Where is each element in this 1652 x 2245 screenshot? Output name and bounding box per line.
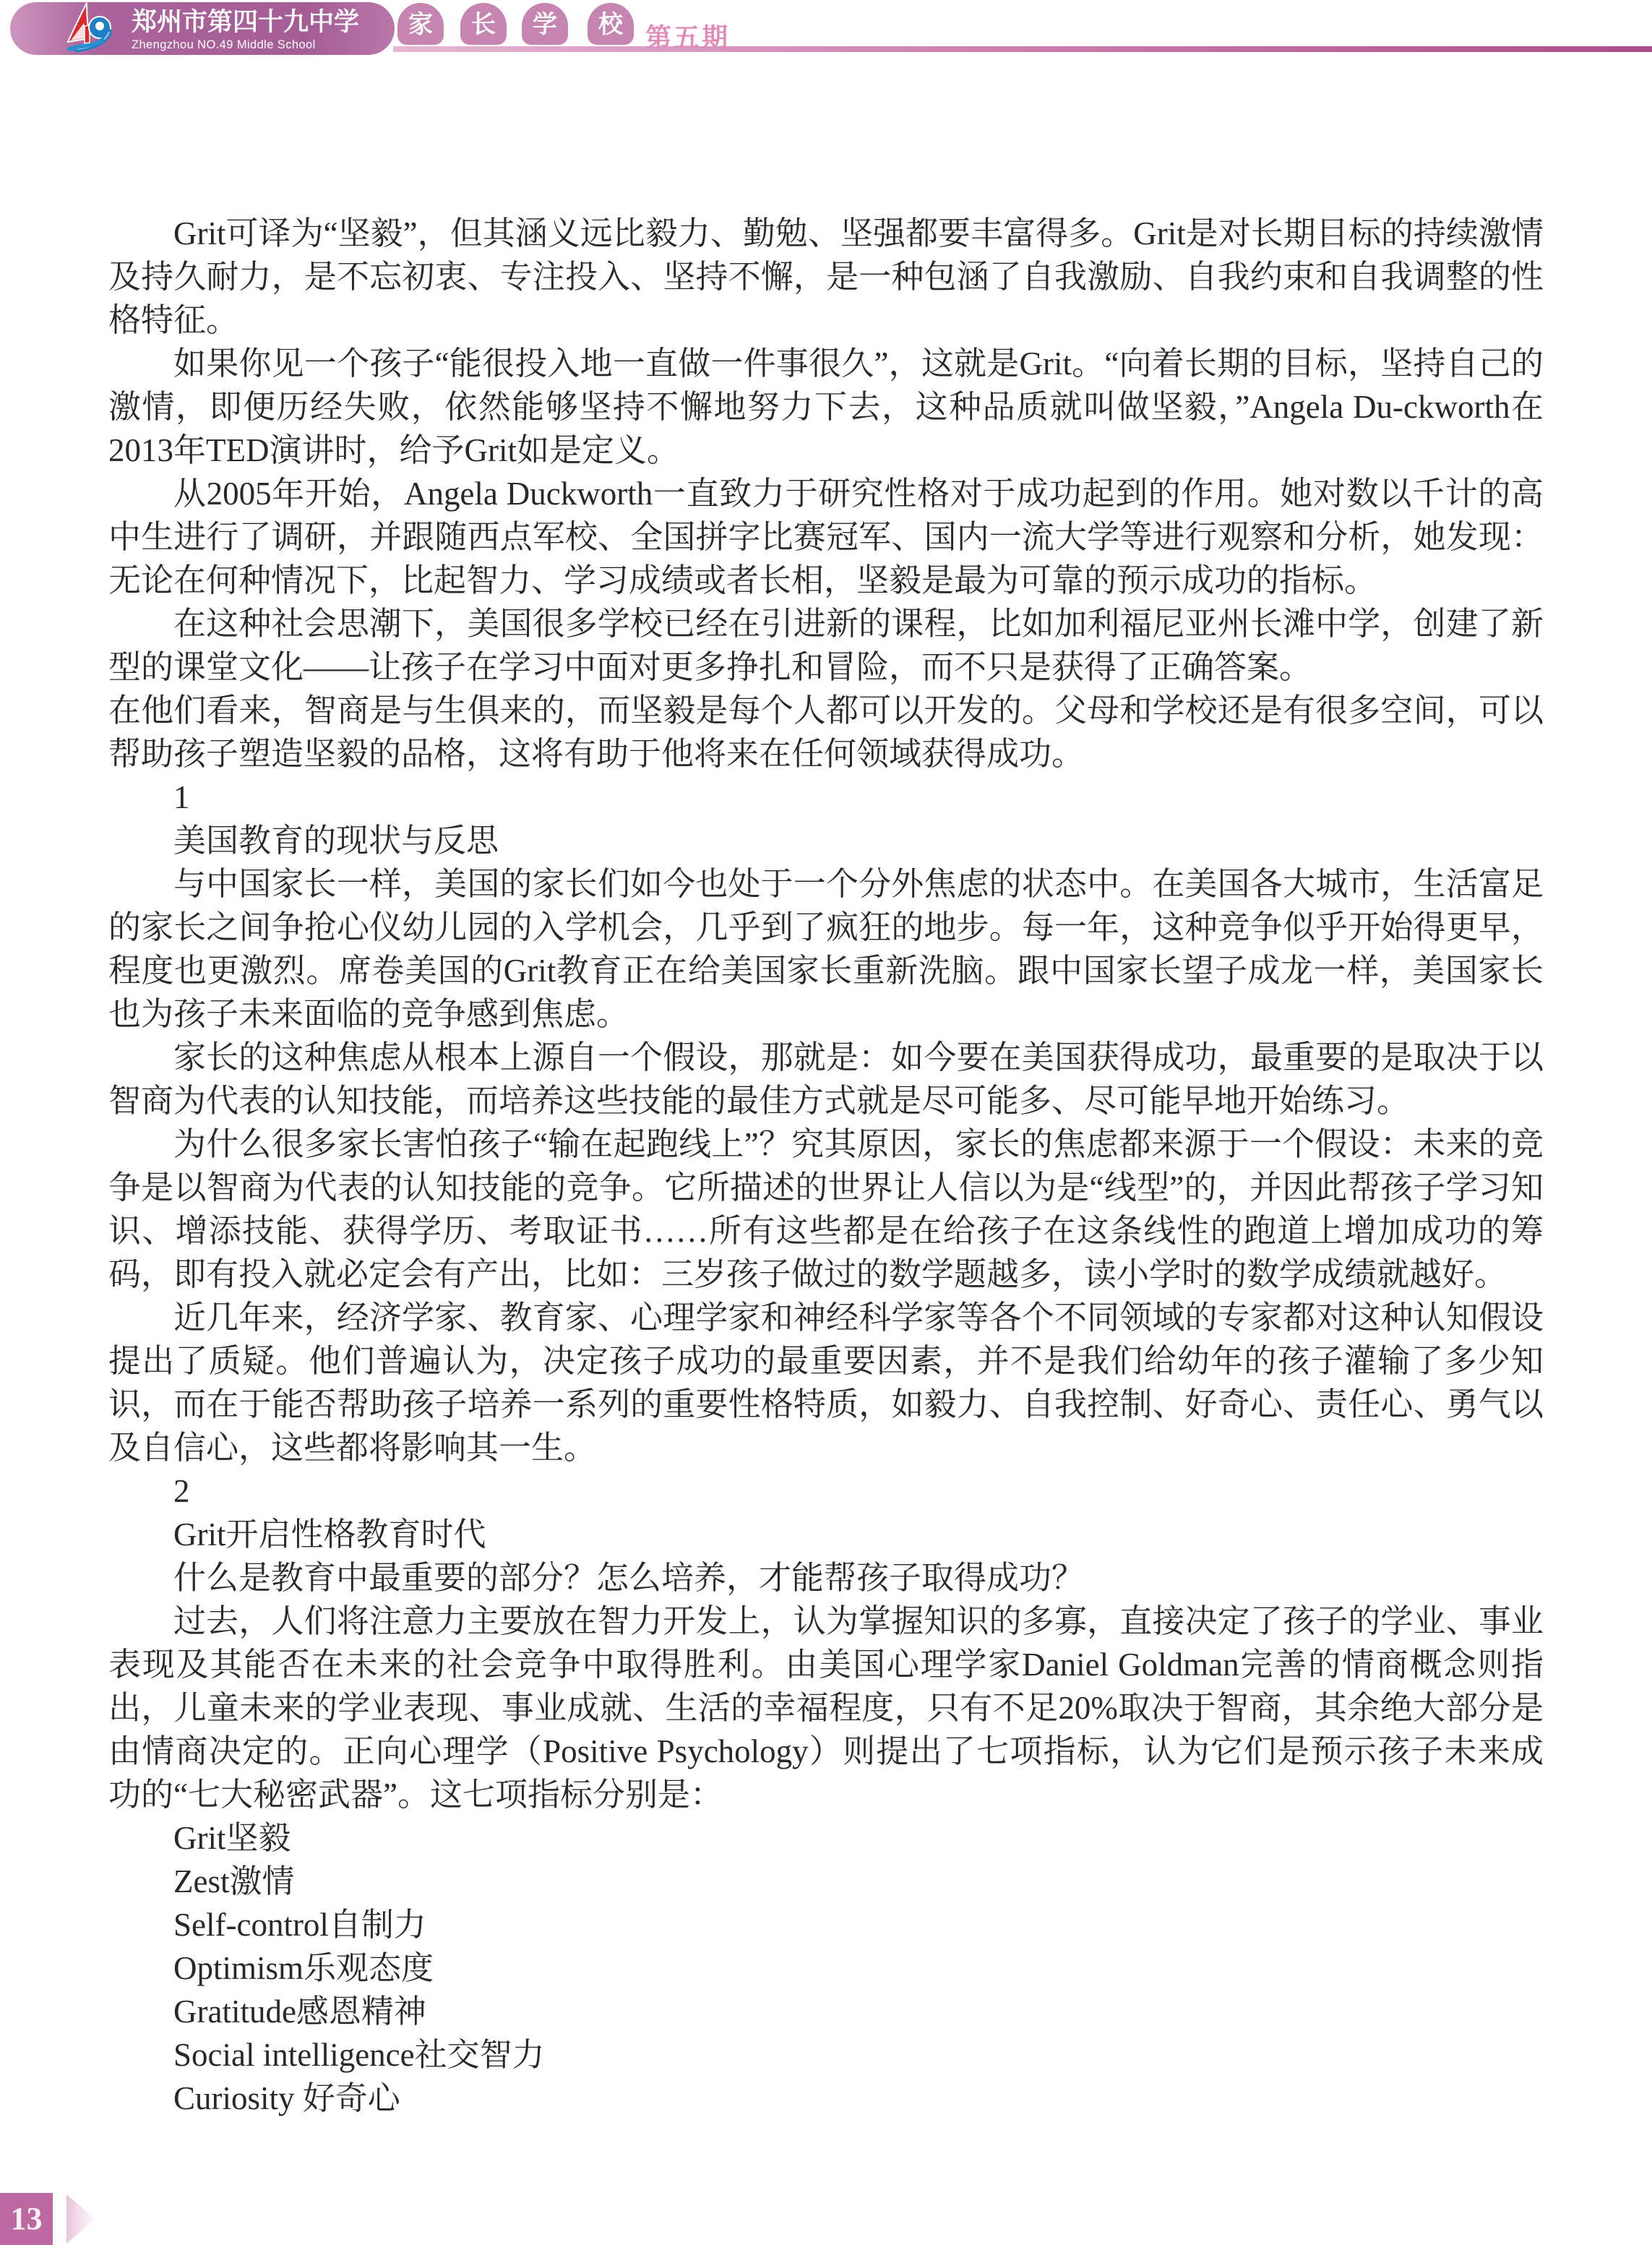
section-title: 美国教育的现状与反思 [108,819,1544,862]
paragraph: 过去，人们将注意力主要放在智力开发上，认为掌握知识的多寡，直接决定了孩子的学业、… [108,1600,1544,1816]
paragraph: 从2005年开始，Angela Duckworth一直致力于研究性格对于成功起到… [108,472,1544,602]
section-title: Grit开启性格教育时代 [108,1513,1544,1556]
list-item: Self-control自制力 [108,1903,1544,1946]
paragraph: 与中国家长一样，美国的家长们如今也处于一个分外焦虑的状态中。在美国各大城市，生活… [108,862,1544,1036]
question-line: 什么是教育中最重要的部分？怎么培养，才能帮孩子取得成功？ [108,1556,1544,1600]
paragraph: 家长的这种焦虑从根本上源自一个假设，那就是：如今要在美国获得成功，最重要的是取决… [108,1036,1544,1122]
masthead-badge-jia: 家 [397,3,444,45]
article-body: Grit可译为“坚毅”，但其涵义远比毅力、勤勉、坚强都要丰富得多。Grit是对长… [108,212,1544,2120]
list-item: Curiosity 好奇心 [108,2077,1544,2120]
paragraph: 近几年来，经济学家、教育家、心理学家和神经科学家等各个不同领域的专家都对这种认知… [108,1296,1544,1469]
school-49-sailboat-logo [55,1,124,59]
paragraph: 如果你见一个孩子“能很投入地一直做一件事很久”，这就是Grit。“向着长期的目标… [108,342,1544,472]
paragraph: 为什么很多家长害怕孩子“输在起跑线上”？究其原因，家长的焦虑都来源于一个假设：未… [108,1122,1544,1296]
paragraph: 在这种社会思潮下，美国很多学校已经在引进新的课程，比如加利福尼亚州长滩中学，创建… [108,602,1544,689]
section-number: 2 [108,1469,1544,1513]
masthead-badge-xue: 学 [522,3,568,45]
list-item: Gratitude感恩精神 [108,1990,1544,2033]
page-arrow-icon [66,2194,95,2244]
masthead-badge-xiao: 校 [588,3,634,45]
paragraph: Grit可译为“坚毅”，但其涵义远比毅力、勤勉、坚强都要丰富得多。Grit是对长… [108,212,1544,342]
list-item: Grit坚毅 [108,1816,1544,1860]
issue-number-label: 第五期 [645,17,730,54]
page-header: 郑州市第四十九中学 Zhengzhou NO.49 Middle School … [0,0,1652,65]
section-number: 1 [108,776,1544,819]
list-item: Zest激情 [108,1860,1544,1903]
list-item: Social intelligence社交智力 [108,2033,1544,2077]
paragraph-continued: 在他们看来，智商是与生俱来的，而坚毅是每个人都可以开发的。父母和学校还是有很多空… [108,689,1544,776]
school-name-en: Zhengzhou NO.49 Middle School [132,37,384,53]
header-rule-line [393,46,1652,52]
school-name-cn: 郑州市第四十九中学 [132,8,384,37]
school-banner: 郑州市第四十九中学 Zhengzhou NO.49 Middle School [10,2,395,55]
masthead-badge-zhang: 长 [460,3,507,45]
list-item: Optimism乐观态度 [108,1946,1544,1990]
page-number-badge: 13 [0,2193,53,2245]
school-name-block: 郑州市第四十九中学 Zhengzhou NO.49 Middle School [132,8,384,53]
